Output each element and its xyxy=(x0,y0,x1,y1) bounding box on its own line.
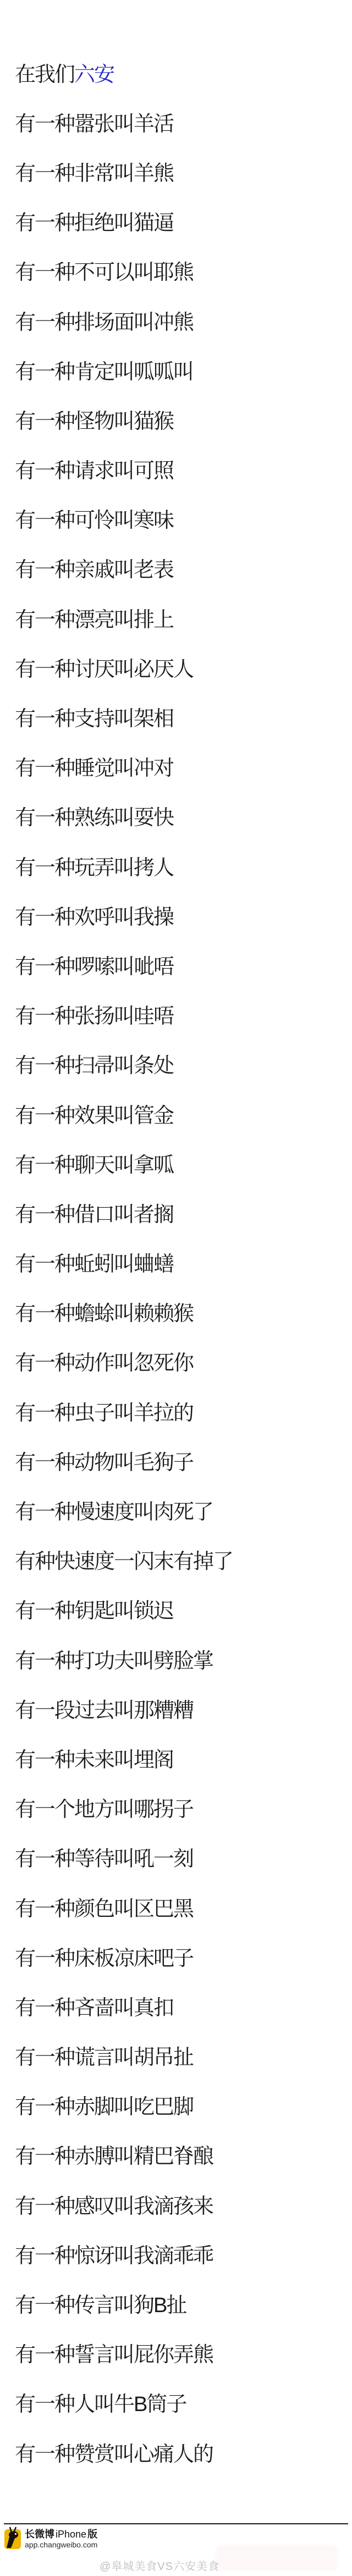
phrase-line: 有一种亲戚叫老表 xyxy=(15,543,352,593)
phrase-line: 有一种讨厌叫必厌人 xyxy=(15,642,352,692)
phrase-line: 有一种动物叫毛狗子 xyxy=(15,1435,352,1485)
phrase-line: 有一种睡觉叫冲对 xyxy=(15,742,352,791)
phrase-line: 有一种熟练叫耍快 xyxy=(15,791,352,841)
giraffe-icon xyxy=(4,2529,21,2549)
brand-url: app.changweibo.com xyxy=(25,2540,97,2549)
phrase-line: 有一种不可以叫耶熊 xyxy=(15,246,352,295)
phrase-line: 有一种欢呼叫我操 xyxy=(15,890,352,939)
phrase-line: 有一种谎言叫胡吊扯 xyxy=(15,2031,352,2080)
long-weibo-image: 在我们六安 有一种嚣张叫羊活有一种非常叫羊熊有一种拒绝叫猫逼有一种不可以叫耶熊有… xyxy=(0,0,352,2576)
brand-title: 长微博iPhone版 xyxy=(25,2529,97,2540)
title-prefix: 在我们 xyxy=(15,57,74,87)
phrase-line: 有一种嚣张叫羊活 xyxy=(15,97,352,146)
phrase-line: 有一种啰嗦叫呲唔 xyxy=(15,939,352,989)
phrase-list: 在我们六安 有一种嚣张叫羊活有一种非常叫羊熊有一种拒绝叫猫逼有一种不可以叫耶熊有… xyxy=(15,47,352,2477)
phrase-line: 有一种赞赏叫心痛人的 xyxy=(15,2427,352,2477)
phrase-line: 有一种排场面叫冲熊 xyxy=(15,295,352,345)
phrase-line: 有一种赤脚叫吃巴脚 xyxy=(15,2080,352,2130)
phrase-line: 有一种惊讶叫我滴乖乖 xyxy=(15,2229,352,2278)
phrase-line: 有一种蚯蚓叫蛐蟮 xyxy=(15,1237,352,1287)
phrase-line: 有一种玩弄叫拷人 xyxy=(15,841,352,890)
phrase-line: 有一种怪物叫猫猴 xyxy=(15,394,352,444)
phrase-line: 有一种慢速度叫肉死了 xyxy=(15,1485,352,1534)
phrase-line: 有一种蟾蜍叫赖赖猴 xyxy=(15,1287,352,1336)
phrase-line: 有一种等待叫吼一刻 xyxy=(15,1832,352,1882)
brand-name: 长微博 xyxy=(25,2529,54,2540)
phrase-line: 有一种聊天叫拿呱 xyxy=(15,1138,352,1187)
phrase-line: 有一种请求叫可照 xyxy=(15,444,352,494)
phrase-line: 有一种打功夫叫劈脸掌 xyxy=(15,1634,352,1683)
footer-divider xyxy=(4,2523,348,2524)
brand-platform: iPhone xyxy=(54,2529,87,2540)
phrase-line: 有一种肯定叫呱呱叫 xyxy=(15,345,352,394)
brand-edition: 版 xyxy=(87,2529,97,2540)
title-highlight: 六安 xyxy=(74,57,114,87)
phrase-line: 有一种颜色叫区巴黑 xyxy=(15,1882,352,1931)
phrase-line: 有一种未来叫埋阁 xyxy=(15,1733,352,1782)
phrase-line: 有一种扫帚叫条处 xyxy=(15,1039,352,1088)
phrase-line: 有一段过去叫那糟糟 xyxy=(15,1683,352,1733)
footer: 长微博iPhone版 app.changweibo.com xyxy=(4,2527,97,2549)
phrase-line: 有一种可怜叫寒味 xyxy=(15,494,352,543)
phrase-line: 有一种漂亮叫排上 xyxy=(15,593,352,642)
phrase-line: 有一种效果叫管金 xyxy=(15,1088,352,1138)
phrase-line: 有一种人叫牛B筒子 xyxy=(15,2378,352,2427)
phrase-line: 有一种吝啬叫真扣 xyxy=(15,1981,352,2030)
phrase-line: 有一种动作叫忽死你 xyxy=(15,1336,352,1386)
phrase-line: 有一种借口叫者搁 xyxy=(15,1187,352,1237)
brand-block: 长微博iPhone版 app.changweibo.com xyxy=(25,2527,97,2549)
phrase-line: 有一种钥匙叫锁迟 xyxy=(15,1584,352,1634)
phrase-line: 有一种赤膊叫精巴脊酿 xyxy=(15,2130,352,2179)
changweibo-logo xyxy=(4,2529,21,2549)
faint-watermark xyxy=(216,2545,337,2571)
phrase-line: 有一种支持叫架相 xyxy=(15,692,352,741)
phrase-line: 有一种感叹叫我滴孩来 xyxy=(15,2179,352,2229)
phrase-line: 有种快速度一闪末有掉了 xyxy=(15,1535,352,1584)
phrase-line: 有一种誓言叫屁你弄熊 xyxy=(15,2328,352,2378)
phrase-line: 有一种传言叫狗B扯 xyxy=(15,2278,352,2328)
phrase-line: 有一种虫子叫羊拉的 xyxy=(15,1386,352,1435)
phrase-line: 有一种张扬叫哇唔 xyxy=(15,990,352,1039)
phrase-line: 有一种床板凉床吧子 xyxy=(15,1931,352,1981)
phrase-line: 有一种拒绝叫猫逼 xyxy=(15,196,352,246)
credit-text: @皋城美食VS六安美食 xyxy=(100,2557,219,2573)
title-line: 在我们六安 xyxy=(15,47,352,97)
phrase-line: 有一种非常叫羊熊 xyxy=(15,146,352,196)
phrase-line: 有一个地方叫哪拐子 xyxy=(15,1783,352,1832)
